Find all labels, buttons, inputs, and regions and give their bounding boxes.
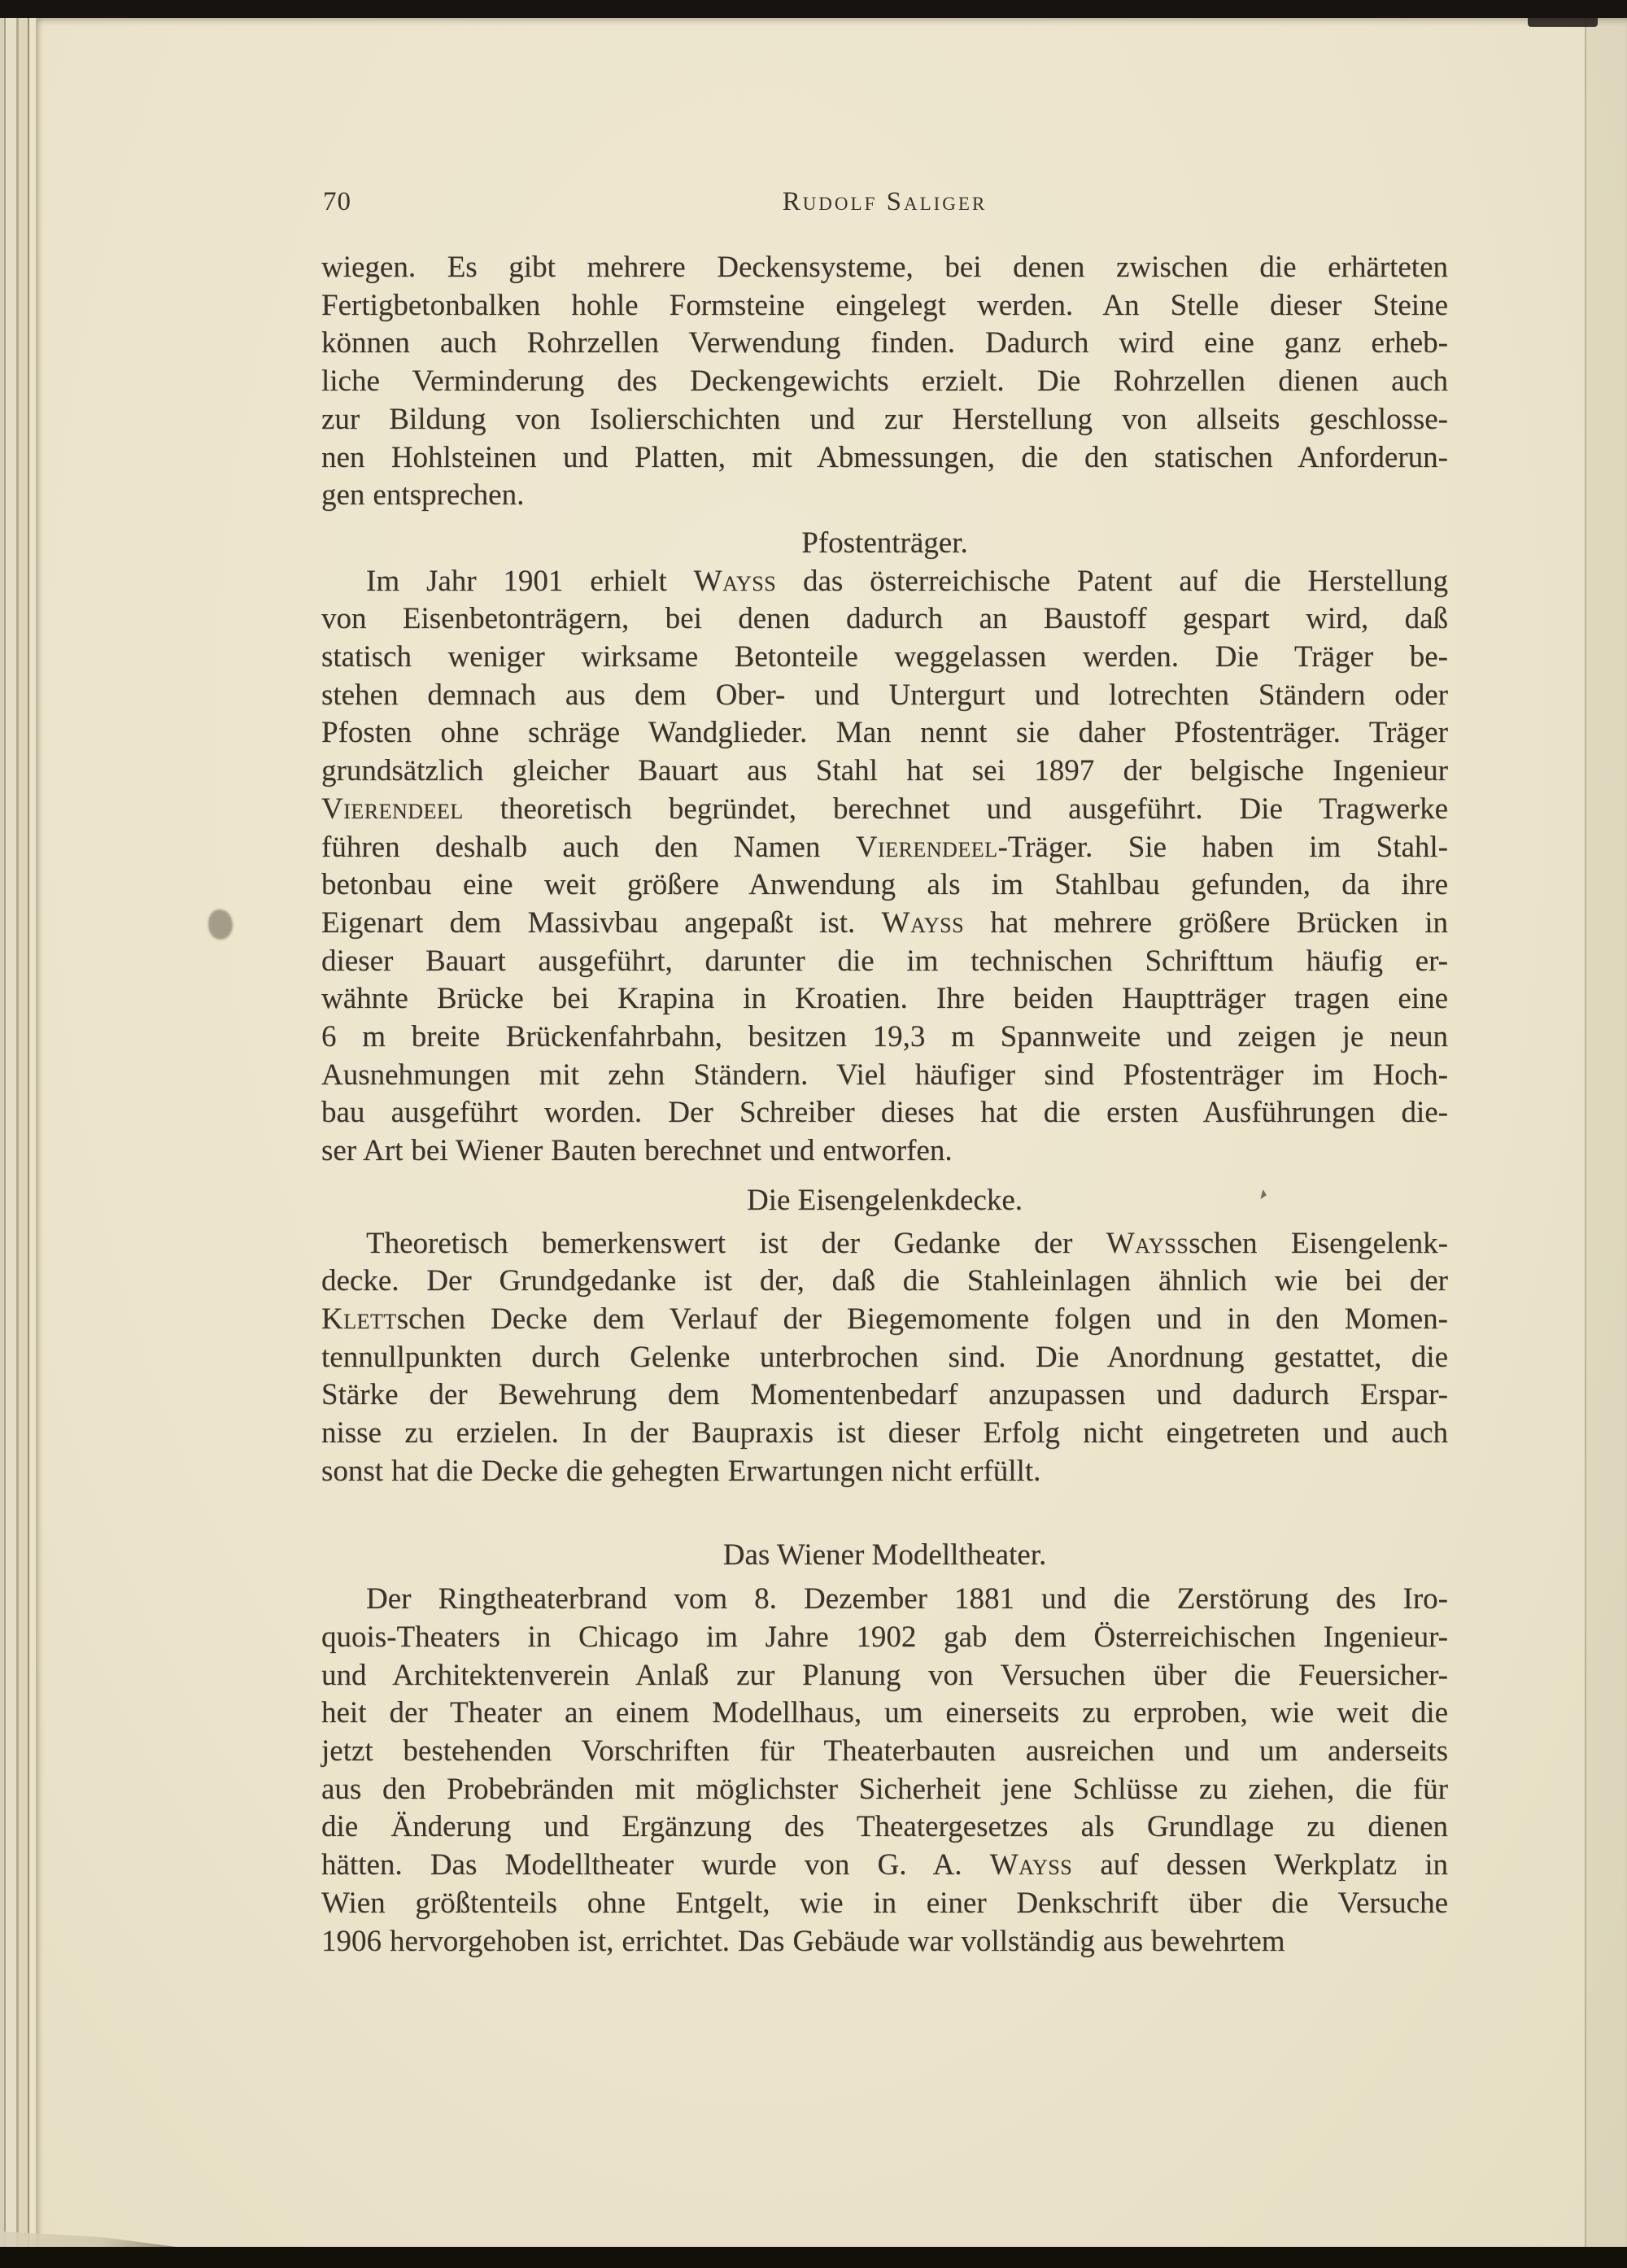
text-line: Vierendeel theoretisch begründet, berech… xyxy=(321,791,1448,829)
text-line: 6 m breite Brückenfahrbahn, besitzen 19,… xyxy=(321,1018,1448,1057)
text-line: 1906 hervorgehoben ist, errichtet. Das G… xyxy=(321,1923,1448,1961)
text-line: grundsätzlich gleicher Bauart aus Stahl … xyxy=(321,752,1448,791)
text-line: bau ausgeführt worden. Der Schreiber die… xyxy=(321,1094,1448,1132)
section-heading-modelltheater: Das Wiener Modelltheater. xyxy=(321,1537,1448,1575)
text-line: gen entsprechen. xyxy=(321,477,1448,515)
text-line: Eigenart dem Massivbau angepaßt ist. Way… xyxy=(321,905,1448,943)
text-line: zur Bildung von Isolierschichten und zur… xyxy=(321,401,1448,439)
text-line: liche Verminderung des Deckengewichts er… xyxy=(321,363,1448,401)
margin-ink-blot xyxy=(208,909,233,940)
section-heading-pfostentraeger: Pfostenträger. xyxy=(321,525,1448,563)
text-line: dieser Bauart ausgeführt, darunter die i… xyxy=(321,943,1448,981)
text-line: aus den Probebränden mit möglichster Sic… xyxy=(321,1771,1448,1809)
paragraph-pfostentraeger: Im Jahr 1901 erhielt Wayss das österreic… xyxy=(321,563,1448,1171)
text-line: Pfosten ohne schräge Wandglieder. Man ne… xyxy=(321,714,1448,752)
text-line: Fertigbetonbalken hohle Formsteine einge… xyxy=(321,287,1448,325)
paragraph-eisengelenkdecke: Theoretisch bemerkenswert ist der Gedank… xyxy=(321,1225,1448,1491)
scan-bottom-border xyxy=(0,2247,1627,2268)
previous-pages-edge-stack xyxy=(0,18,37,2247)
text-column: 70 Rudolf Saliger wiegen. Es gibt mehrer… xyxy=(321,185,1448,1961)
text-line: tennullpunkten durch Gelenke unterbroche… xyxy=(321,1339,1448,1377)
text-line: nen Hohlsteinen und Platten, mit Abmessu… xyxy=(321,439,1448,478)
text-line: können auch Rohrzellen Verwendung finden… xyxy=(321,325,1448,363)
text-line: Ausnehmungen mit zehn Ständern. Viel häu… xyxy=(321,1057,1448,1095)
page-number: 70 xyxy=(323,185,351,218)
text-line: Der Ringtheaterbrand vom 8. Dezember 188… xyxy=(321,1581,1448,1619)
text-line: Wien größtenteils ohne Entgelt, wie in e… xyxy=(321,1885,1448,1923)
text-line: betonbau eine weit größere Anwendung als… xyxy=(321,866,1448,905)
text-line: Klettschen Decke dem Verlauf der Biegemo… xyxy=(321,1301,1448,1339)
scan-top-border xyxy=(0,0,1627,18)
text-line: führen deshalb auch den Namen Vierendeel… xyxy=(321,829,1448,867)
gutter-shade xyxy=(1586,18,1627,2247)
text-line: statisch weniger wirksame Betonteile weg… xyxy=(321,639,1448,677)
text-line: von Eisenbetonträgern, bei denen dadurch… xyxy=(321,600,1448,639)
paragraph-modelltheater: Der Ringtheaterbrand vom 8. Dezember 188… xyxy=(321,1581,1448,1961)
text-line: heit der Theater an einem Modellhaus, um… xyxy=(321,1694,1448,1733)
section-heading-eisengelenkdecke: Die Eisengelenkdecke. xyxy=(321,1182,1448,1220)
paragraph-deckensysteme: wiegen. Es gibt mehrere Deckensysteme, b… xyxy=(321,249,1448,515)
text-line: Im Jahr 1901 erhielt Wayss das österreic… xyxy=(321,563,1448,601)
text-line: sonst hat die Decke die gehegten Erwartu… xyxy=(321,1453,1448,1491)
scan-top-border-notch xyxy=(1528,18,1598,27)
text-line: jetzt bestehenden Vorschriften für Theat… xyxy=(321,1733,1448,1771)
text-line: hätten. Das Modelltheater wurde von G. A… xyxy=(321,1847,1448,1885)
text-line: und Architektenverein Anlaß zur Planung … xyxy=(321,1657,1448,1695)
book-page-scan: 70 Rudolf Saliger wiegen. Es gibt mehrer… xyxy=(0,0,1627,2268)
text-line: nisse zu erzielen. In der Baupraxis ist … xyxy=(321,1415,1448,1453)
text-line: wiegen. Es gibt mehrere Deckensysteme, b… xyxy=(321,249,1448,287)
text-line: stehen demnach aus dem Ober- und Untergu… xyxy=(321,677,1448,715)
text-line: Theoretisch bemerkenswert ist der Gedank… xyxy=(321,1225,1448,1263)
running-header: Rudolf Saliger xyxy=(321,185,1448,218)
page-header: 70 Rudolf Saliger xyxy=(321,185,1448,218)
text-line: quois-Theaters in Chicago im Jahre 1902 … xyxy=(321,1619,1448,1657)
text-line: wähnte Brücke bei Krapina in Kroatien. I… xyxy=(321,980,1448,1018)
text-line: Stärke der Bewehrung dem Momentenbedarf … xyxy=(321,1376,1448,1415)
text-line: ser Art bei Wiener Bauten berechnet und … xyxy=(321,1132,1448,1171)
gutter-crease-line xyxy=(1585,18,1586,2247)
text-line: die Änderung und Ergänzung des Theaterge… xyxy=(321,1808,1448,1847)
text-line: decke. Der Grundgedanke ist der, daß die… xyxy=(321,1263,1448,1301)
